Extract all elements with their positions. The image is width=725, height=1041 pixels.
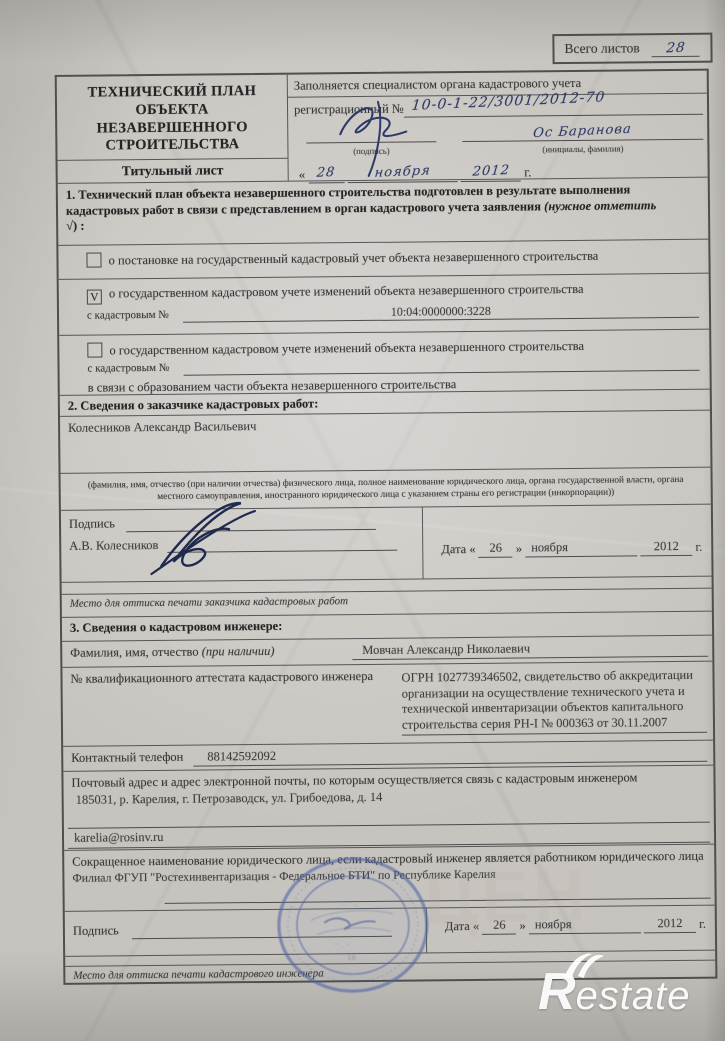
option-row-part-formation: о государственном кадастровом учете изме… xyxy=(59,329,710,395)
attestation-label: № квалификационного аттестата кадастрово… xyxy=(62,665,397,690)
fio-label-italic: (при наличии) xyxy=(202,644,275,659)
title-page-subtitle: Титульный лист xyxy=(58,158,288,183)
attestation-value: ОГРН 1027739346502, свидетельство об акк… xyxy=(401,668,707,735)
engineer-name-value: Мовчан Александр Николаевич xyxy=(352,636,708,660)
official-signature-line: (подпись) Ос Баранова (инициалы, фамилия… xyxy=(288,114,707,159)
date-label: Дата xyxy=(441,542,466,556)
customer-date-cell: Дата « 26 » ноября 2012 г. xyxy=(422,505,712,579)
engineer-signature-label: Подпись xyxy=(73,923,119,937)
scanned-document-photo: { "meta": { "total_label": "Всего листов… xyxy=(0,0,725,1041)
customer-signer-name: А.В. Колесников xyxy=(69,538,158,553)
registration-cell: Заполняется специалистом органа кадастро… xyxy=(288,71,708,181)
total-sheets-value-handwritten: 28 xyxy=(665,39,686,56)
initials-caption: (инициалы, фамилия) xyxy=(542,143,623,154)
customer-name: Колесников Александр Васильевич xyxy=(68,419,256,435)
title-page-table: ТЕХНИЧЕСКИЙ ПЛАН ОБЪЕКТА НЕЗАВЕРШЕННОГО … xyxy=(55,69,718,985)
engineer-name-label: Фамилия, имя, отчество (при наличии) xyxy=(62,639,352,663)
title-line-1: ТЕХНИЧЕСКИЙ ПЛАН xyxy=(57,83,287,103)
address-row: Почтовый адрес и адрес электронной почты… xyxy=(63,765,714,850)
checkbox-new-registration xyxy=(86,252,101,267)
svg-text:︿﹀︿: ︿﹀︿ xyxy=(341,901,359,908)
official-initials-block: Ос Баранова (инициалы, фамилия) xyxy=(462,122,703,157)
phone-value: 88142592092 xyxy=(193,741,707,767)
registration-number-label: регистрационный № xyxy=(294,102,404,119)
cadastral-number-value: 10:04:0000000:3228 xyxy=(183,302,699,323)
customer-caption-row: (фамилия, имя, отчество (при наличии отч… xyxy=(61,467,711,510)
customer-date-line: Дата « 26 » ноября 2012 г. xyxy=(441,539,703,558)
date-quote-open: « xyxy=(469,542,475,556)
header-row: ТЕХНИЧЕСКИЙ ПЛАН ОБЪЕКТА НЕЗАВЕРШЕННОГО … xyxy=(57,71,708,183)
customer-year-suffix: г. xyxy=(695,540,702,554)
option-new-registration-label: о постановке на государственный кадастро… xyxy=(109,249,599,268)
checkbox-changes-checked: V xyxy=(87,289,102,304)
signature-label: Подпись xyxy=(69,516,115,530)
paper-sheet: Всего листов 28 ТЕХНИЧЕСКИЙ ПЛАН ОБЪЕКТА… xyxy=(0,0,725,1041)
title-line-3: НЕЗАВЕРШЕННОГО xyxy=(57,118,287,138)
engineer-round-stamp: ︿﹀︿ ﹀︿﹀ 16 xyxy=(272,855,433,995)
restate-brand-text: estate xyxy=(576,978,691,1014)
checkbox-part-formation xyxy=(87,342,102,357)
cadastral-number-label-2: с кадастровым № xyxy=(87,362,169,377)
section1-intro-row: 1. Технический план объекта незавершенно… xyxy=(58,177,709,245)
document-title-cell: ТЕХНИЧЕСКИЙ ПЛАН ОБЪЕКТА НЕЗАВЕРШЕННОГО … xyxy=(57,75,289,183)
customer-date-day: 26 xyxy=(479,541,513,558)
engineer-date-year: 2012 xyxy=(644,916,696,933)
svg-text:16: 16 xyxy=(347,954,357,962)
customer-signature-row: Подпись А.В. Колесников Дата « 26 » xyxy=(61,504,712,582)
svg-text:﹀︿﹀: ﹀︿﹀ xyxy=(333,943,351,950)
customer-date-month: ноября xyxy=(525,539,637,557)
signature-caption: (подпись) xyxy=(353,145,390,155)
restate-watermark: R estate xyxy=(538,972,691,1014)
document-title: ТЕХНИЧЕСКИЙ ПЛАН ОБЪЕКТА НЕЗАВЕРШЕННОГО … xyxy=(57,75,288,160)
official-signature-block: (подпись) xyxy=(306,125,436,159)
date-quote-close: » xyxy=(516,541,522,555)
option-row-changes-checked: V о государственном кадастровом учете из… xyxy=(59,273,710,335)
total-sheets-box: Всего листов 28 xyxy=(552,33,712,65)
customer-caption: (фамилия, имя, отчество (при наличии отч… xyxy=(75,474,697,504)
fio-label: Фамилия, имя, отчество xyxy=(70,645,198,660)
restate-logo-swoosh-icon xyxy=(562,950,606,980)
title-line-2: ОБЪЕКТА xyxy=(57,101,287,121)
faint-watermark-text: ЦЕН xyxy=(424,854,591,940)
title-line-4: СТРОИТЕЛЬСТВА xyxy=(57,136,287,156)
cadastral-number-label: с кадастровым № xyxy=(87,309,169,324)
official-initials-handwritten: Ос Баранова xyxy=(533,121,633,142)
customer-signature-cell: Подпись А.В. Колесников xyxy=(61,507,423,581)
phone-label: Контактный телефон xyxy=(63,746,187,769)
option-changes-label: о государственном кадастровом учете изме… xyxy=(109,282,584,301)
section1-intro-italic: (нужное отметить xyxy=(544,198,656,213)
customer-name-row: Колесников Александр Васильевич xyxy=(60,410,711,473)
total-sheets-label: Всего листов xyxy=(564,40,639,57)
customer-date-year: 2012 xyxy=(640,539,692,556)
option-part-formation-label: о государственном кадастровом учете изме… xyxy=(109,339,584,358)
registration-number-line: регистрационный № 10-0-1-22/3001/2012-70 xyxy=(288,93,707,118)
engineer-year-suffix: г. xyxy=(699,917,706,931)
attestation-row: № квалификационного аттестата кадастрово… xyxy=(62,661,713,746)
